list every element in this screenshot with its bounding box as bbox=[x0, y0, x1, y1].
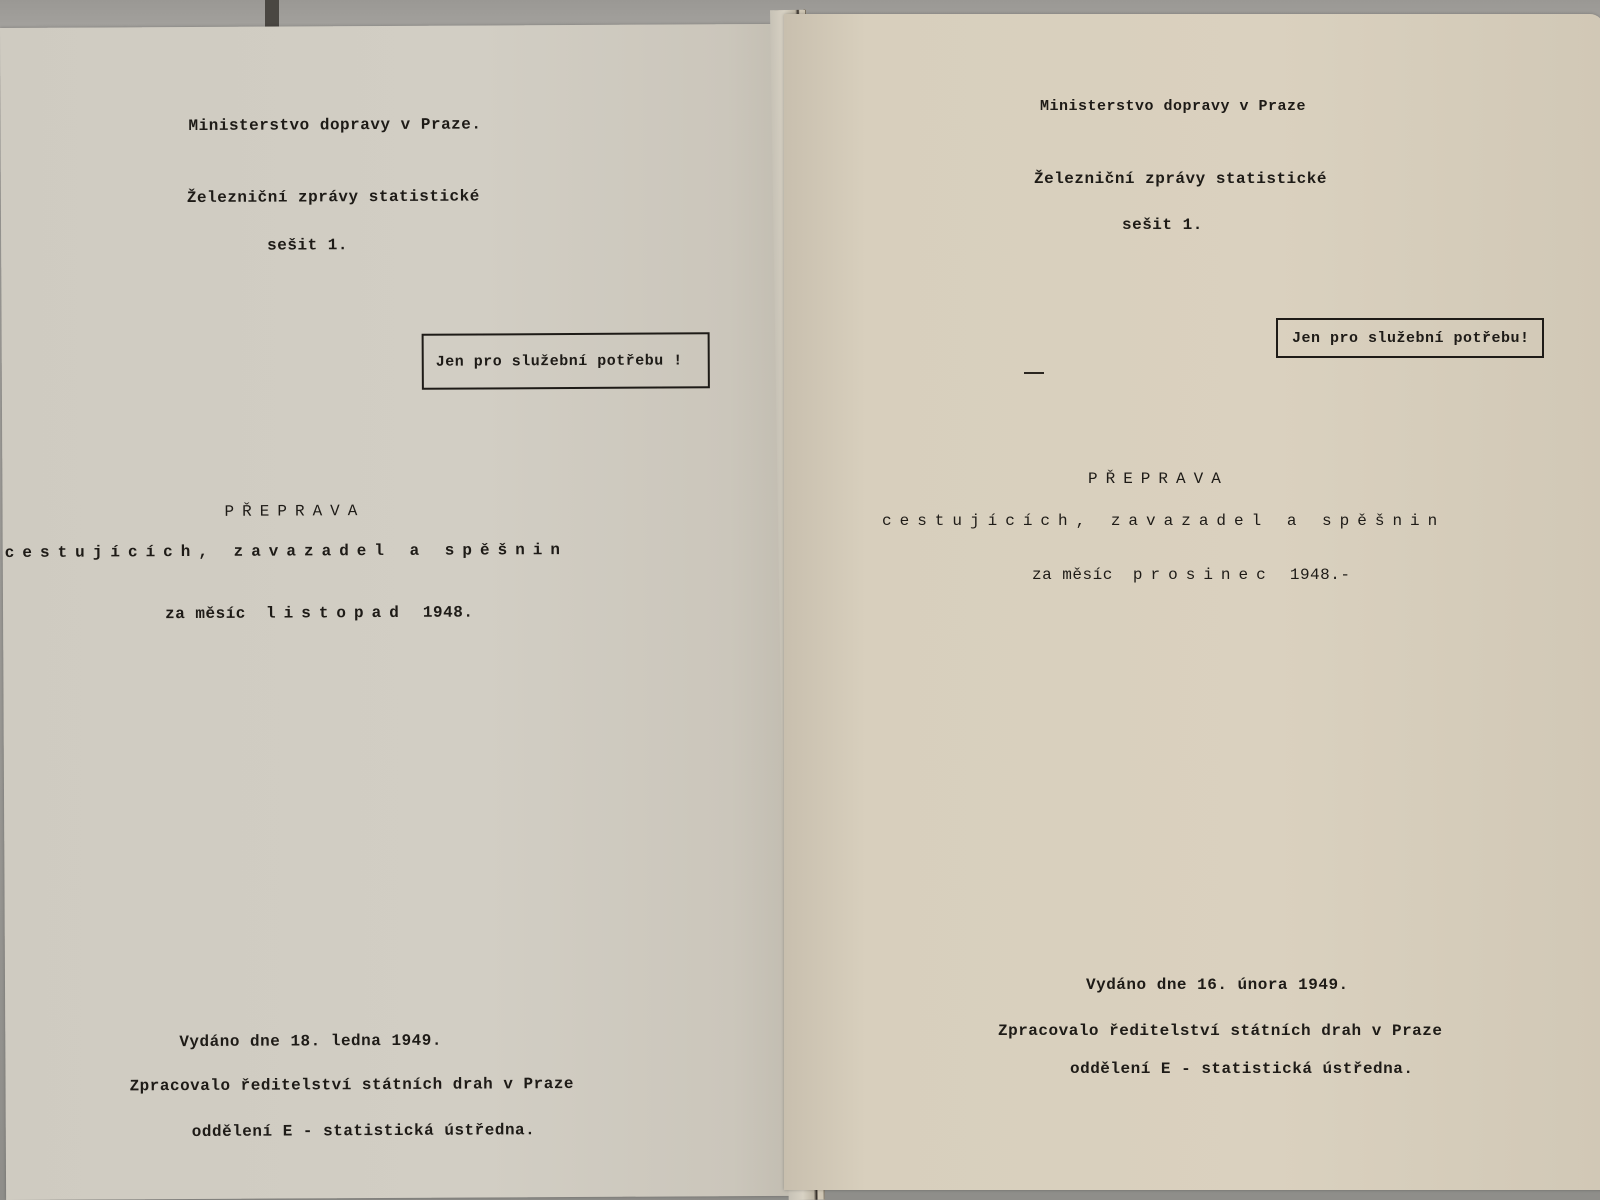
processed-by: Zpracovalo ředitelství státních drah v P… bbox=[129, 1075, 574, 1095]
processed-by: Zpracovalo ředitelství státních drah v P… bbox=[998, 1022, 1442, 1040]
notice-text: Jen pro služební potřebu! bbox=[1292, 330, 1530, 347]
document-subtitle: cestujících, zavazadel a spěšnin bbox=[882, 512, 1445, 530]
ministry-heading: Ministerstvo dopravy v Praze bbox=[1040, 98, 1306, 115]
department: oddělení E - statistická ústředna. bbox=[192, 1121, 536, 1141]
period-prefix: za měsíc bbox=[165, 605, 246, 623]
issued-date: Vydáno dne 16. února 1949. bbox=[1086, 976, 1349, 994]
department: oddělení E - statistická ústředna. bbox=[1070, 1060, 1413, 1078]
volume-label: sešit 1. bbox=[267, 236, 348, 254]
ministry-heading: Ministerstvo dopravy v Praze. bbox=[188, 115, 481, 135]
period-year: 1948. bbox=[423, 604, 474, 622]
series-title: Železniční zprávy statistické bbox=[187, 187, 480, 207]
volume-label: sešit 1. bbox=[1122, 216, 1203, 234]
period-month: prosinec bbox=[1133, 566, 1274, 584]
stray-mark bbox=[1024, 372, 1044, 374]
document-title: PŘEPRAVA bbox=[224, 502, 365, 521]
notice-text: Jen pro služební potřebu ! bbox=[436, 352, 683, 370]
period-line: za měsíc listopad 1948. bbox=[165, 604, 473, 624]
right-page: Ministerstvo dopravy v Praze Železniční … bbox=[784, 14, 1600, 1190]
notice-box: Jen pro služební potřebu ! bbox=[422, 332, 710, 390]
floor-gap bbox=[265, 0, 279, 30]
document-subtitle: cestujících, zavazadel a spěšnin bbox=[5, 541, 568, 562]
period-prefix: za měsíc bbox=[1032, 566, 1113, 584]
period-line: za měsíc prosinec 1948.- bbox=[1032, 566, 1350, 584]
document-title: PŘEPRAVA bbox=[1088, 470, 1229, 488]
series-title: Železniční zprávy statistické bbox=[1034, 170, 1327, 188]
period-month: listopad bbox=[266, 604, 407, 623]
left-page: Ministerstvo dopravy v Praze. Železniční… bbox=[0, 24, 796, 1200]
issued-date: Vydáno dne 18. ledna 1949. bbox=[179, 1032, 442, 1051]
notice-box: Jen pro služební potřebu! bbox=[1276, 318, 1544, 358]
period-year: 1948.- bbox=[1290, 566, 1351, 584]
